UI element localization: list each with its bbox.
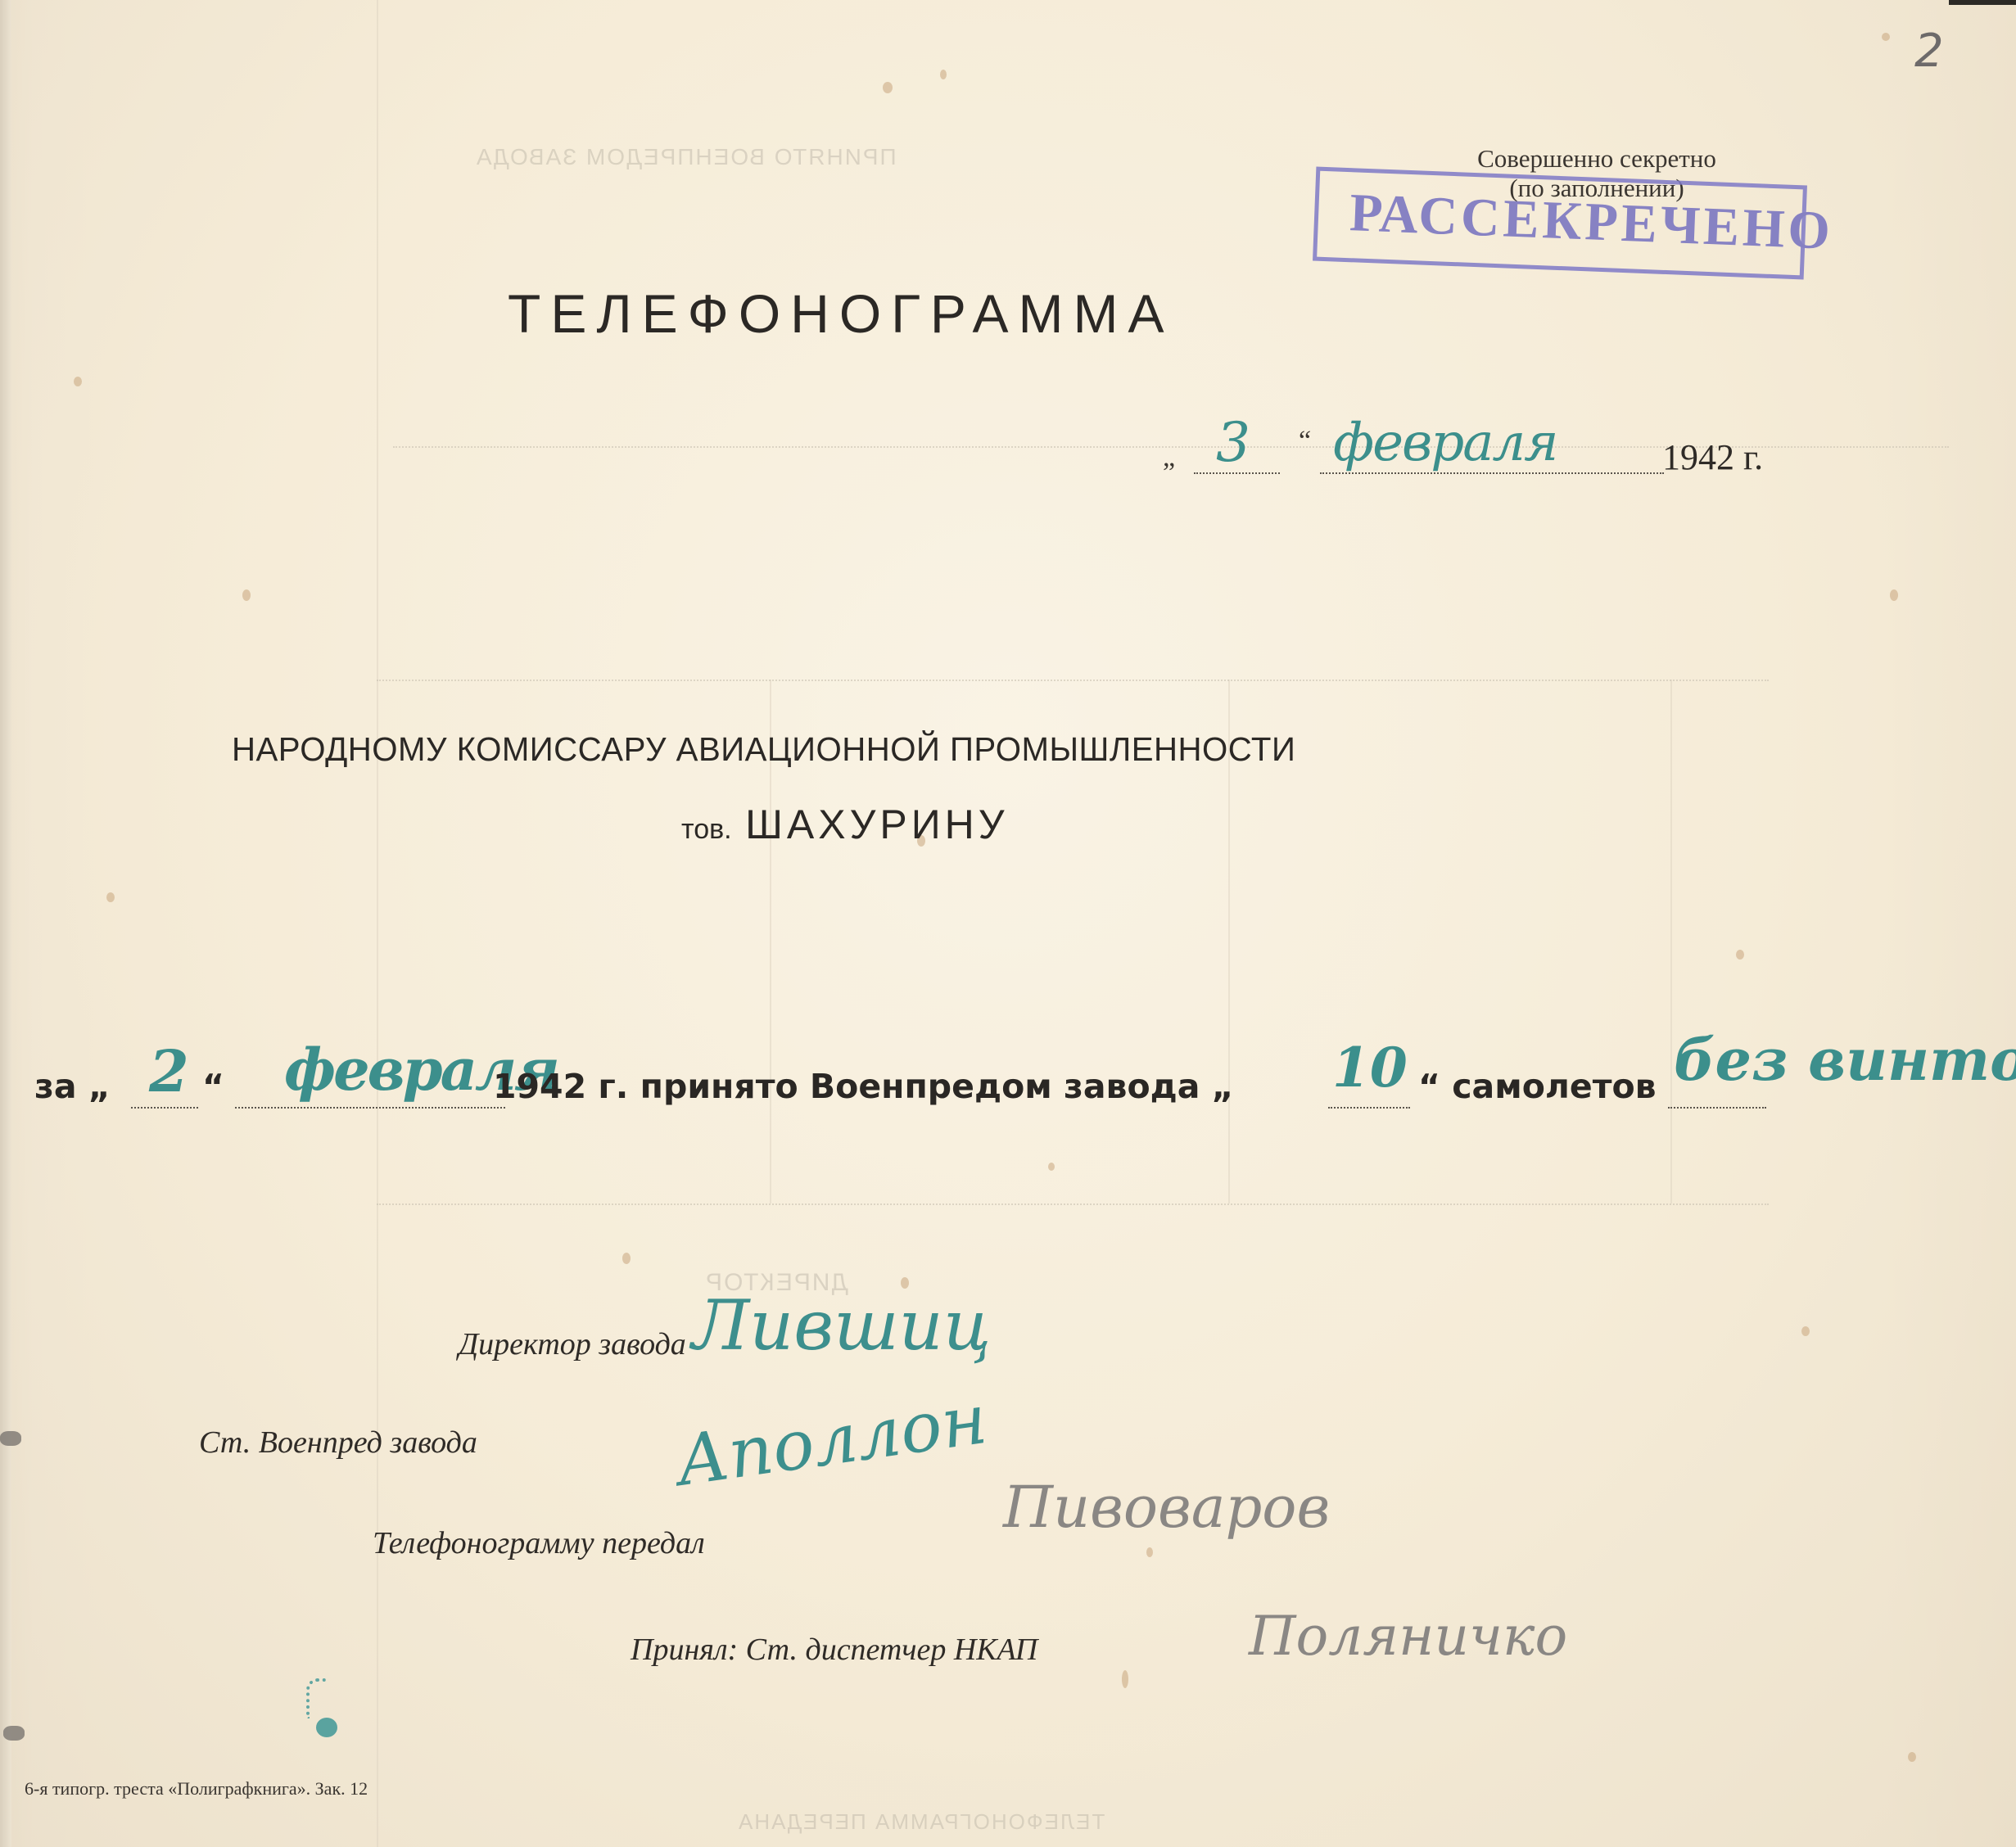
binding-hole xyxy=(0,1431,21,1446)
ink-mark xyxy=(306,1678,326,1718)
scan-edge-shadow xyxy=(1949,0,2016,5)
bleed-through-text: ТЕЛЕФОНОГРАММА ПЕРЕДАНА xyxy=(737,1809,1105,1835)
foxing-spot xyxy=(1736,950,1744,960)
addressee-name-line: тов. ШАХУРИНУ xyxy=(681,801,1009,848)
report-day-blank xyxy=(131,1107,198,1109)
signature-transmitted: Пивоваров xyxy=(1003,1474,1330,1541)
foxing-spot xyxy=(106,892,115,902)
binding-hole xyxy=(3,1726,25,1741)
date-field: „ 3 “ февраля 1942 г. xyxy=(1163,418,1801,483)
bleed-through-line xyxy=(377,680,1769,681)
foxing-spot xyxy=(1801,1326,1810,1336)
signature-label-transmitted: Телефонограмму передал xyxy=(373,1525,705,1561)
page-number: 2 xyxy=(1914,25,1944,78)
bleed-through-line xyxy=(377,1203,1769,1205)
report-line: за „ 2 “ февраля 1942 г. принято Военпре… xyxy=(34,1060,2000,1134)
date-open-quote: „ xyxy=(1163,442,1175,473)
report-count-handwritten: 10 xyxy=(1332,1036,1408,1100)
signature-received: Поляничко xyxy=(1249,1605,1567,1668)
date-year: 1942 г. xyxy=(1662,436,1763,478)
report-day-handwritten: 2 xyxy=(149,1037,189,1105)
signature-label-director: Директор завода xyxy=(459,1326,686,1362)
addressee-prefix: тов. xyxy=(681,814,732,845)
report-text-aircraft: “ самолетов xyxy=(1418,1067,1657,1106)
classification-line1: Совершенно секретно xyxy=(1441,144,1752,174)
addressee-title: НАРОДНОМУ КОМИССАРУ АВИАЦИОННОЙ ПРОМЫШЛЕ… xyxy=(232,730,1295,769)
report-text-accepted: 1942 г. принято Военпредом завода „ xyxy=(493,1067,1234,1106)
signature-label-military-rep: Ст. Военпред завода xyxy=(199,1425,477,1461)
report-mid-quote: “ xyxy=(202,1067,224,1106)
foxing-spot xyxy=(940,70,947,79)
foxing-spot xyxy=(1048,1163,1055,1171)
foxing-spot xyxy=(1908,1752,1916,1762)
date-day-handwritten: 3 xyxy=(1216,411,1250,474)
report-count-blank xyxy=(1328,1107,1410,1109)
foxing-spot xyxy=(883,82,893,93)
foxing-spot xyxy=(1122,1670,1128,1688)
report-note-blank xyxy=(1668,1107,1766,1109)
printer-imprint: 6-я типогр. треста «Полиграфкнига». Зак.… xyxy=(25,1778,368,1800)
report-note-handwritten: без винтов xyxy=(1674,1026,2016,1094)
foxing-spot xyxy=(242,589,251,601)
foxing-spot xyxy=(74,377,82,386)
binding-edge xyxy=(0,0,11,1847)
foxing-spot xyxy=(622,1253,631,1264)
paper-background xyxy=(0,0,2016,1847)
ink-blot xyxy=(316,1718,337,1737)
foxing-spot xyxy=(1146,1547,1153,1557)
report-prefix: за „ xyxy=(34,1067,111,1106)
report-month-blank xyxy=(235,1107,505,1109)
bleed-through-line xyxy=(377,0,378,1847)
foxing-spot xyxy=(1882,33,1890,41)
document-title: ТЕЛЕФОНОГРАММА xyxy=(508,282,1174,345)
date-close-quote: “ xyxy=(1299,426,1311,457)
date-month-handwritten: февраля xyxy=(1333,413,1557,473)
signature-director: Лившиц xyxy=(692,1285,991,1366)
declassified-stamp: РАССЕКРЕЧЕНО xyxy=(1313,167,1807,280)
bleed-through-text: ПРИНЯТО ВОЕНПРЕДОМ ЗАВОДА xyxy=(475,144,897,170)
foxing-spot xyxy=(1890,589,1898,601)
stamp-text: РАССЕКРЕЧЕНО xyxy=(1349,182,1834,263)
addressee-surname: ШАХУРИНУ xyxy=(745,802,1008,847)
signature-label-received: Принял: Ст. диспетчер НКАП xyxy=(631,1632,1037,1668)
